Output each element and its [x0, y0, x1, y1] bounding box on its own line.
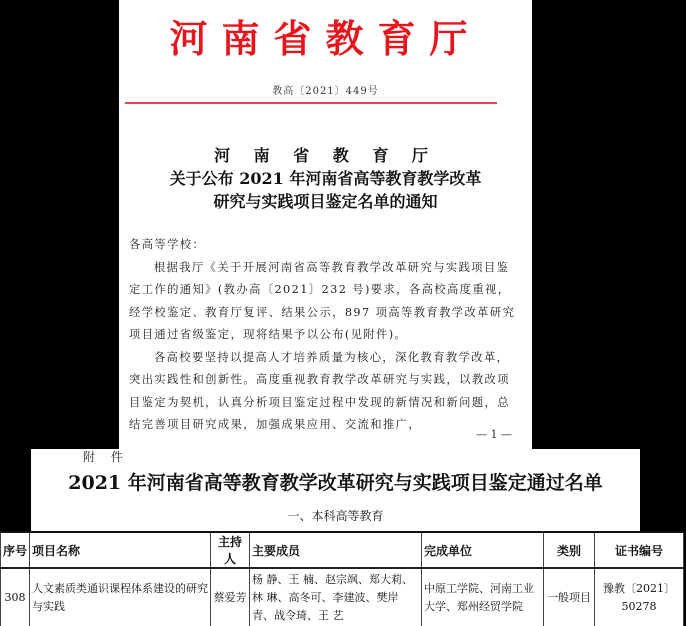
header-index: 序号 [1, 532, 30, 568]
title-line-2: 关于公布 2021 年河南省高等教育教学改革 [119, 167, 532, 190]
masthead: 河南省教育厅 [119, 8, 532, 63]
header-certificate: 证书编号 [595, 532, 684, 568]
table-row: 308 人文素质类通识课程体系建设的研究与实践 蔡爱芳 杨 静、王 楠、赵宗飒、… [1, 568, 684, 626]
header-unit: 完成单位 [422, 532, 544, 568]
page-number: — 1 — [476, 428, 512, 441]
table-header-row: 序号 项目名称 主持人 主要成员 完成单位 类别 证书编号 [1, 532, 684, 568]
project-table: 序号 项目名称 主持人 主要成员 完成单位 类别 证书编号 308 人文素质类通… [0, 531, 684, 626]
attachment-label: 附 件 [83, 448, 129, 465]
cell-host: 蔡爱芳 [211, 568, 250, 626]
section-heading: 一、本科高等教育 [31, 507, 640, 524]
list-title: 2021 年河南省高等教育教学改革研究与实践项目鉴定通过名单 [31, 468, 640, 495]
red-divider [125, 102, 497, 104]
header-host: 主持人 [211, 532, 250, 568]
cell-members: 杨 静、王 楠、赵宗飒、郑大莉、林 琳、高冬可、李建波、樊岸青、战令琦、王 艺 [250, 568, 422, 626]
paragraph-1: 根据我厅《关于开展河南省高等教育教学改革研究与实践项目鉴定工作的通知》(教办高〔… [129, 257, 519, 347]
cell-category: 一般项目 [544, 568, 595, 626]
header-members: 主要成员 [250, 532, 422, 568]
paragraph-2: 各高校要坚持以提高人才培养质量为核心，深化教育教学改革，突出实践性和创新性。高度… [129, 347, 519, 437]
title-line-3: 研究与实践项目鉴定名单的通知 [119, 190, 532, 213]
salutation: 各高等学校： [129, 234, 519, 257]
notice-body: 各高等学校： 根据我厅《关于开展河南省高等教育教学改革研究与实践项目鉴定工作的通… [129, 234, 519, 437]
cell-certificate: 豫教〔2021〕50278 [595, 568, 684, 626]
cell-index: 308 [1, 568, 30, 626]
notice-page: 河南省教育厅 教高〔2021〕449号 河 南 省 教 育 厅 关于公布 202… [119, 0, 532, 449]
header-category: 类别 [544, 532, 595, 568]
notice-title: 河 南 省 教 育 厅 关于公布 2021 年河南省高等教育教学改革 研究与实践… [119, 145, 532, 213]
cell-unit: 中原工学院、河南工业大学、郑州经贸学院 [422, 568, 544, 626]
document-number: 教高〔2021〕449号 [119, 82, 532, 97]
cell-project-name: 人文素质类通识课程体系建设的研究与实践 [30, 568, 211, 626]
attachment-page: 附 件 2021 年河南省高等教育教学改革研究与实践项目鉴定通过名单 一、本科高… [31, 449, 640, 531]
header-project-name: 项目名称 [30, 532, 211, 568]
title-issuer: 河 南 省 教 育 厅 [119, 145, 532, 167]
